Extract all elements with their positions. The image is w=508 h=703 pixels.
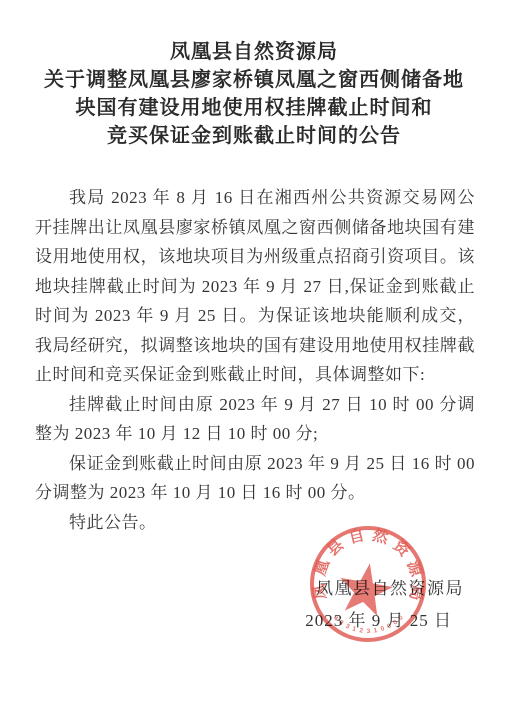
document-title-line-2: 块国有建设用地使用权挂牌截止时间和	[0, 94, 508, 122]
issuing-org-title: 凤凰县自然资源局	[0, 38, 508, 66]
paragraph-listing-deadline: 挂牌截止时间由原 2023 年 9 月 27 日 10 时 00 分调整为 20…	[35, 390, 475, 449]
signature-org: 凤凰县自然资源局	[316, 574, 464, 599]
paragraph-deposit-deadline: 保证金到账截止时间由原 2023 年 9 月 25 日 16 时 00 分调整为…	[35, 449, 475, 508]
document-body: 我局 2023 年 8 月 16 日在湘西州公共资源交易网公开挂牌出让凤凰县廖家…	[35, 183, 475, 537]
paragraph-intro: 我局 2023 年 8 月 16 日在湘西州公共资源交易网公开挂牌出让凤凰县廖家…	[35, 183, 475, 390]
signature-date: 2023 年 9 月 25 日	[305, 606, 452, 631]
paragraph-closing: 特此公告。	[35, 508, 475, 538]
document-header: 凤凰县自然资源局 关于调整凤凰县廖家桥镇凤凰之窗西侧储备地 块国有建设用地使用权…	[0, 0, 508, 150]
document-title-line-3: 竞买保证金到账截止时间的公告	[0, 122, 508, 150]
document-title-line-1: 关于调整凤凰县廖家桥镇凤凰之窗西侧储备地	[0, 66, 508, 94]
document-page: 凤凰县自然资源局 关于调整凤凰县廖家桥镇凤凰之窗西侧储备地 块国有建设用地使用权…	[0, 0, 508, 703]
